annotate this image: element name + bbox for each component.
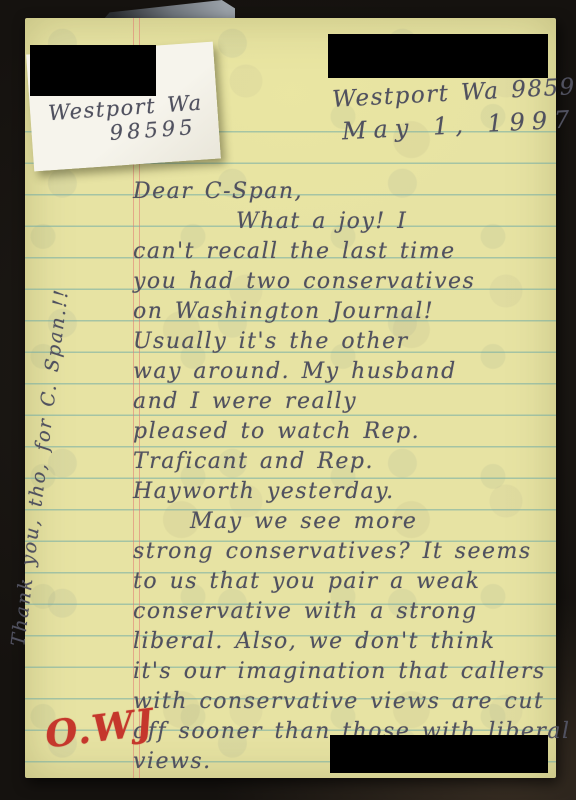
body-line: What a joy! I (133, 206, 557, 236)
redaction-box-top-right (328, 34, 548, 78)
body-line: Traficant and Rep. (133, 446, 557, 476)
letter-header: Westport Wa 98595 May 1, 1997 (332, 73, 576, 146)
body-line: with conservative views are cut (133, 686, 557, 716)
body-line: May we see more (133, 506, 557, 536)
paper-corner-behind (103, 0, 235, 20)
body-line: strong conservatives? It seems (133, 536, 557, 566)
body-line: pleased to watch Rep. (133, 416, 557, 446)
redaction-box-bottom-right (330, 735, 548, 773)
body-line: on Washington Journal! (133, 296, 557, 326)
body-line: Usually it's the other (133, 326, 557, 356)
slip-zip: 98595 (109, 115, 197, 145)
body-line: liberal. Also, we don't think (133, 626, 557, 656)
body-line: can't recall the last time (133, 236, 557, 266)
body-line: and I were really (133, 386, 557, 416)
body-line: conservative with a strong (133, 596, 557, 626)
body-line: Hayworth yesterday. (133, 476, 557, 506)
letter-body: Dear C-Span, What a joy! I can't recall … (133, 176, 557, 776)
body-line: Dear C-Span, (133, 176, 557, 206)
body-line: it's our imagination that callers (133, 656, 557, 686)
redaction-box-top-left (30, 45, 156, 96)
body-line: to us that you pair a weak (133, 566, 557, 596)
letter-page: Westport Wa 98595 Westport Wa 98595 May … (25, 18, 556, 778)
body-line: way around. My husband (133, 356, 557, 386)
scan-background: Westport Wa 98595 Westport Wa 98595 May … (0, 0, 576, 800)
body-line: you had two conservatives (133, 266, 557, 296)
